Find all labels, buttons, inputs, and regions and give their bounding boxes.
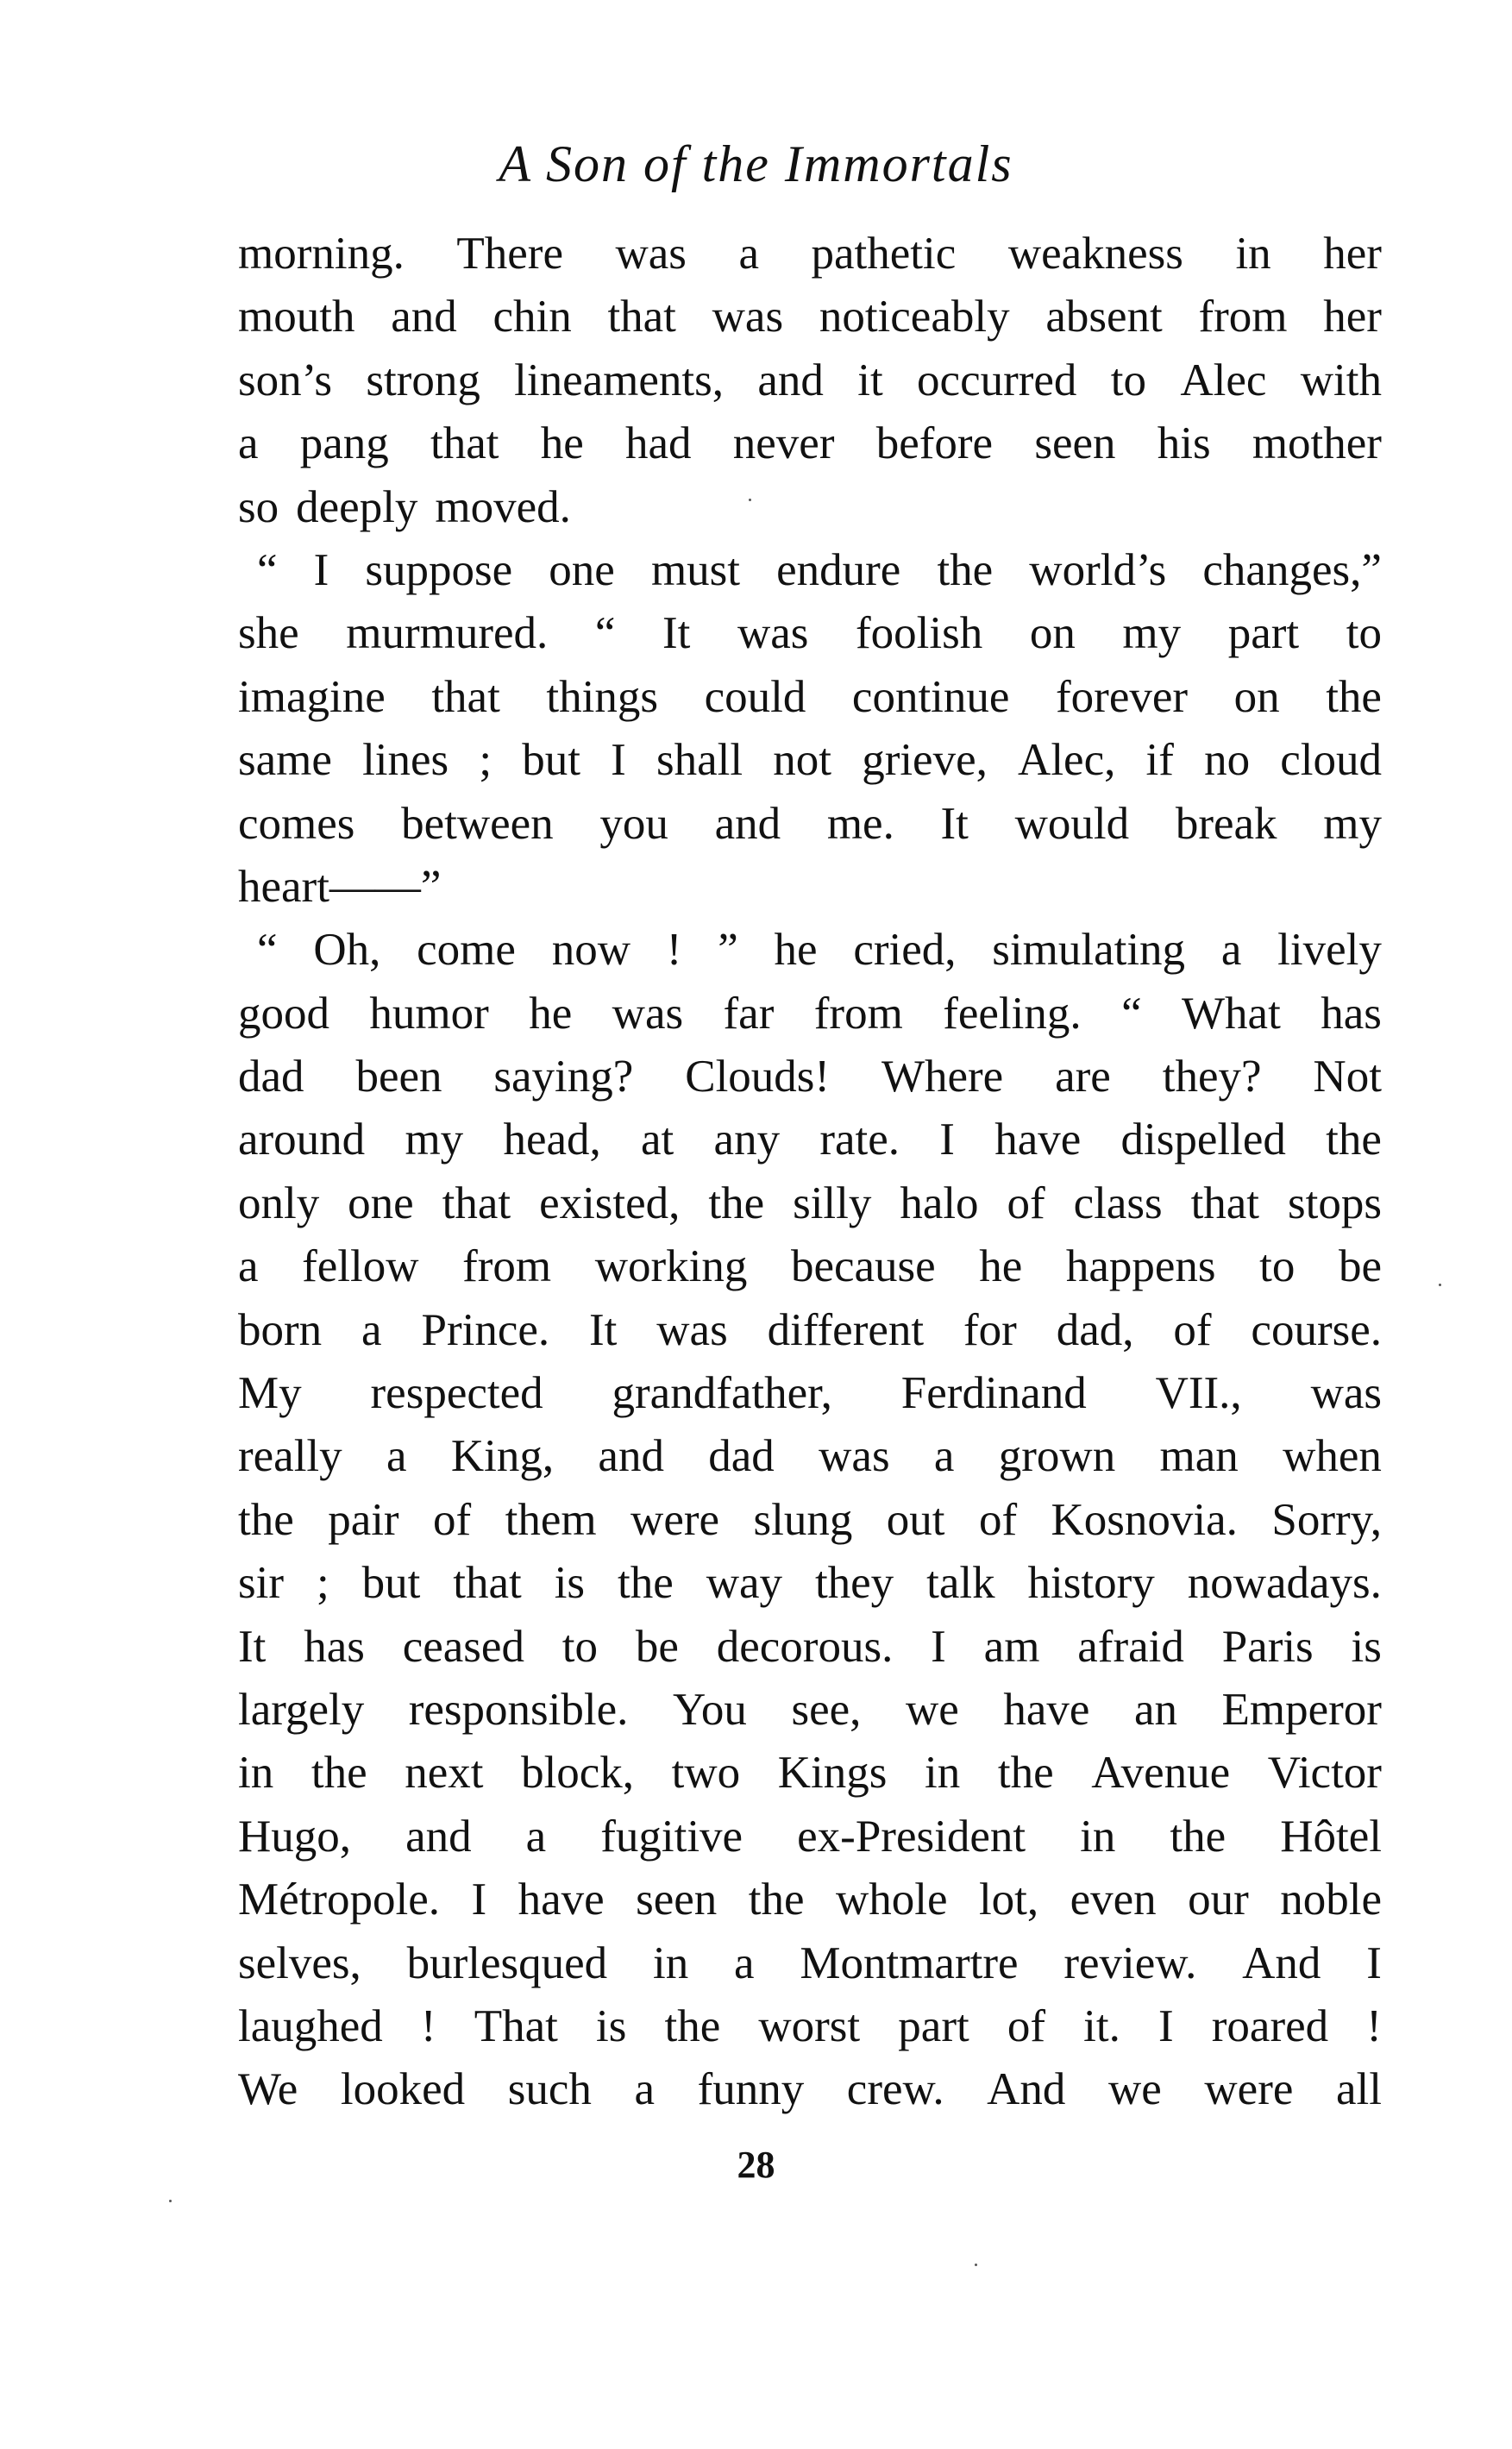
text-line: inthenextblock,twoKingsintheAvenueVictor: [238, 1742, 1382, 1805]
text-line: selves,burlesquedinaMontmartrereview.And…: [238, 1932, 1382, 1995]
text-line: largelyresponsible.Yousee,wehaveanEmpero…: [238, 1679, 1382, 1742]
text-line: sodeeplymoved.: [238, 476, 1382, 539]
page-number: 28: [0, 2139, 1512, 2191]
text-line: reallyaKing,anddadwasagrownmanwhen: [238, 1425, 1382, 1488]
body-text: morning.Therewasapatheticweaknessinhermo…: [238, 223, 1382, 2122]
print-speck: [975, 2264, 977, 2266]
text-line: afellowfromworkingbecausehehappenstobe: [238, 1235, 1382, 1298]
text-line: “Isupposeonemustenduretheworld’schanges,…: [238, 539, 1382, 602]
text-line: shemurmured.“Itwasfoolishonmypartto: [238, 602, 1382, 665]
text-line: sir;butthatisthewaytheytalkhistorynowada…: [238, 1552, 1382, 1615]
print-speck: [169, 2200, 172, 2202]
text-line: imaginethatthingscouldcontinueforeveront…: [238, 666, 1382, 729]
text-line: laughed!Thatistheworstpartofit.Iroared!: [238, 1995, 1382, 2058]
text-line: bornaPrince.Itwasdifferentfordad,ofcours…: [238, 1299, 1382, 1362]
text-line: thepairofthemwereslungoutofKosnovia.Sorr…: [238, 1489, 1382, 1552]
text-line: samelines;butIshallnotgrieve,Alec,ifnocl…: [238, 729, 1382, 792]
text-line: Métropole.Ihaveseenthewholelot,evenourno…: [238, 1868, 1382, 1931]
text-line: Ithasceasedtobedecorous.IamafraidParisis: [238, 1616, 1382, 1679]
running-head-title: A Son of the Immortals: [0, 129, 1512, 198]
text-line: Hugo,andafugitiveex-PresidentintheHôtel: [238, 1805, 1382, 1868]
text-line: morning.Therewasapatheticweaknessinher: [238, 223, 1382, 286]
text-line: aroundmyhead,atanyrate.Ihavedispelledthe: [238, 1108, 1382, 1171]
text-line: dadbeensaying?Clouds!Wherearethey?Not: [238, 1046, 1382, 1108]
text-line: apangthathehadneverbeforeseenhismother: [238, 412, 1382, 475]
print-speck: [1439, 1284, 1441, 1286]
text-line: comesbetweenyouandme.Itwouldbreakmy: [238, 793, 1382, 856]
text-line: heart——”: [238, 856, 1382, 919]
text-line: goodhumorhewasfarfromfeeling.“Whathas: [238, 983, 1382, 1046]
text-line: “Oh,comenow!”hecried,simulatingalively: [238, 919, 1382, 982]
text-line: son’sstronglineaments,anditoccurredtoAle…: [238, 349, 1382, 412]
text-line: mouthandchinthatwasnoticeablyabsentfromh…: [238, 286, 1382, 349]
text-line: onlyonethatexisted,thesillyhaloofclassth…: [238, 1172, 1382, 1235]
book-page: A Son of the Immortals morning.Therewasa…: [0, 0, 1512, 2449]
text-line: Myrespectedgrandfather,FerdinandVII.,was: [238, 1362, 1382, 1425]
text-line: Welookedsuchafunnycrew.Andwewereall: [238, 2058, 1382, 2121]
print-speck: [749, 499, 751, 501]
